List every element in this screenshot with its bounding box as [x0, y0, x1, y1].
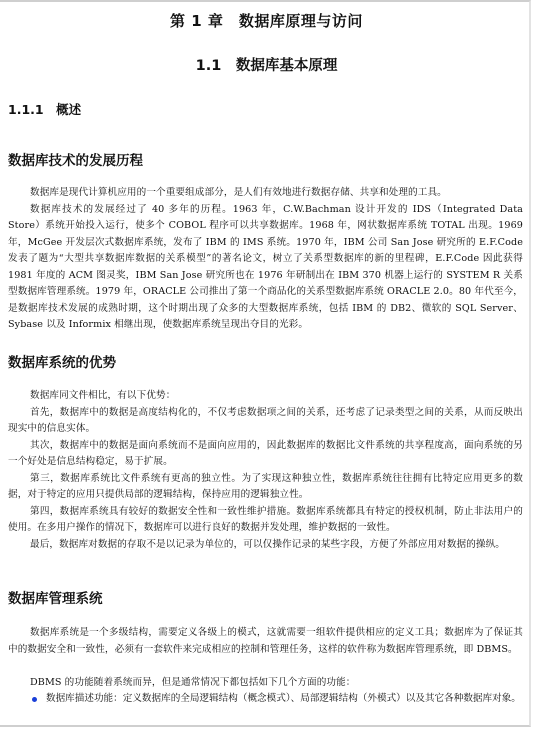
topic-heading-advantages: 数据库系统的优势 — [8, 351, 116, 371]
paragraph: 其次，数据库中的数据是面向系统而不是面向应用的，因此数据库的数据比文件系统的共享… — [8, 438, 523, 471]
chapter-title: 第 1 章 数据库原理与访问 — [0, 10, 533, 31]
paragraph: 第三，数据库系统比文件系统有更高的独立性。为了实现这种独立性，数据库系统往往拥有… — [8, 471, 523, 504]
paragraph: 数据库技术的发展经过了 40 多年的历程。1963 年，C.W.Bachman … — [8, 202, 523, 334]
paragraph: 数据库同文件相比，有以下优势： — [8, 388, 523, 405]
subsection-title: 1.1.1 概述 — [8, 100, 81, 118]
paragraph: 首先，数据库中的数据是高度结构化的，不仅考虑数据项之间的关系，还考虑了记录类型之… — [8, 405, 523, 438]
list-item-text: 数据库描述功能：定义数据库的全局逻辑结构（概念模式）、局部逻辑结构（外模式）以及… — [46, 693, 521, 704]
paragraph: 数据库是现代计算机应用的一个重要组成部分，是人们有效地进行数据存储、共享和处理的… — [8, 185, 523, 202]
list-item: 数据库描述功能：定义数据库的全局逻辑结构（概念模式）、局部逻辑结构（外模式）以及… — [32, 691, 522, 708]
paragraph: 最后，数据库对数据的存取不是以记录为单位的，可以仅操作记录的某些字段，方便了外部… — [8, 537, 523, 554]
document-page: 第 1 章 数据库原理与访问 1.1 数据库基本原理 1.1.1 概述 数据库技… — [0, 0, 531, 727]
topic-heading-dbms: 数据库管理系统 — [8, 587, 103, 607]
section-title: 1.1 数据库基本原理 — [0, 54, 533, 75]
bullet-icon — [32, 697, 37, 702]
topic-heading-history: 数据库技术的发展历程 — [8, 149, 143, 169]
paragraph: DBMS 的功能随着系统而异，但是通常情况下都包括如下几个方面的功能： — [8, 675, 523, 692]
paragraph: 数据库系统是一个多级结构，需要定义各级上的模式，这就需要一组软件提供相应的定义工… — [8, 625, 523, 658]
paragraph: 第四，数据库系统具有较好的数据安全性和一致性维护措施。数据库系统都具有特定的授权… — [8, 504, 523, 537]
